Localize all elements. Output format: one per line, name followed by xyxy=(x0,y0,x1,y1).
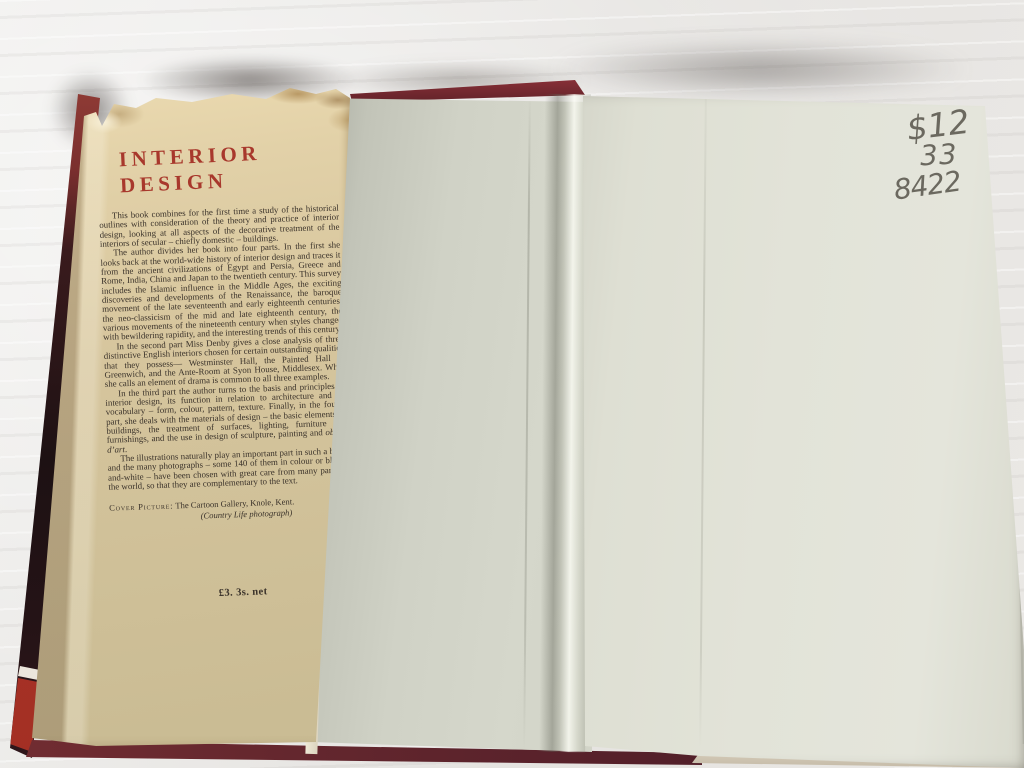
flap-paragraph-4-text: In the third part the author turns to th… xyxy=(105,380,346,445)
flap-blurb: This book combines for the first time a … xyxy=(99,204,349,493)
flap-paragraph-4: In the third part the author turns to th… xyxy=(105,381,347,455)
flap-paragraph-5: The illustrations naturally play an impo… xyxy=(107,446,348,492)
cast-shadow-right-top xyxy=(550,40,970,98)
pencil-price-line3: 8422 xyxy=(892,168,962,203)
endpaper-crease-line xyxy=(523,94,531,752)
cover-picture-label: Cover Picture: xyxy=(109,501,174,513)
book-gutter-fold xyxy=(539,94,591,752)
flap-paragraph-2: The author divides her book into four pa… xyxy=(100,241,343,343)
pencil-price-line1: $12 xyxy=(905,107,971,144)
flap-printed-text: INTERIOR DESIGN This book combines for t… xyxy=(96,124,352,603)
book-title: INTERIOR DESIGN xyxy=(118,136,338,198)
page-crease-line xyxy=(699,96,707,748)
photo-open-book: { "scene": { "description": "Photograph … xyxy=(0,0,1024,768)
handwritten-pencil-price: $12 33 8422 xyxy=(884,107,1008,201)
